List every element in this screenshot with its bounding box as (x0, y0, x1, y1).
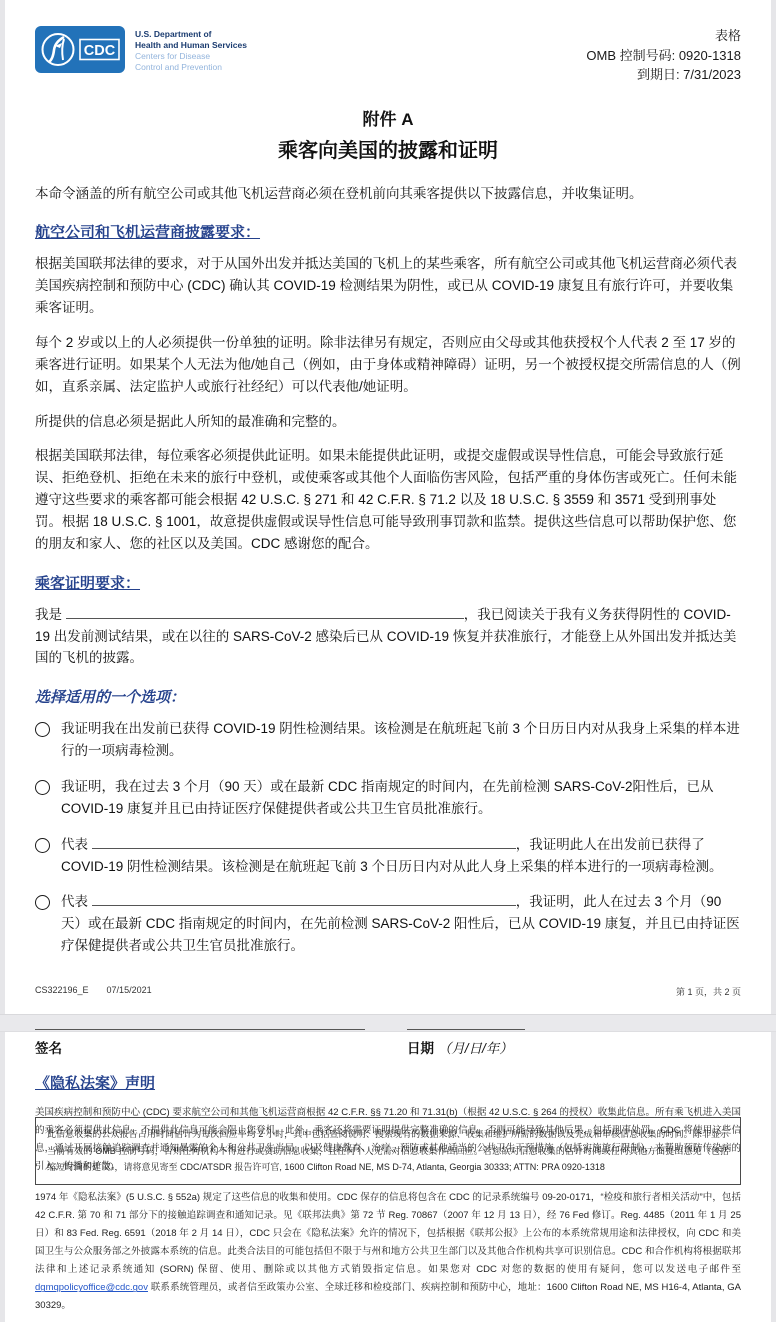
date-blank-line[interactable] (407, 1015, 525, 1030)
privacy-paragraph-2: 1974 年《隐私法案》(5 U.S.C. § 552a) 规定了这些信息的收集… (35, 1189, 741, 1315)
option-3-pre: 代表 (61, 837, 88, 852)
option-3-text: 代表 ，我证明此人在出发前已获得了 COVID-19 阴性检测结果。该检测是在航… (61, 834, 741, 878)
cdc-line-2: Control and Prevention (135, 62, 247, 73)
document-title: 乘客向美国的披露和证明 (35, 134, 741, 163)
document-id: CS322196_E (35, 985, 89, 995)
omb-control-number: OMB 控制号码: 0920-1318 (586, 46, 741, 66)
page-1-footer: CS322196_E07/15/2021 第 1 页，共 2 页 (35, 985, 741, 998)
option-row-3: 代表 ，我证明此人在出发前已获得了 COVID-19 阴性检测结果。该检测是在航… (35, 834, 741, 878)
policy-office-email-link[interactable]: dgmqpolicyoffice@cdc.gov (35, 1282, 148, 1293)
date-label: 日期 （月/日/年） (407, 1037, 525, 1057)
page-number: 第 1 页，共 2 页 (676, 985, 741, 998)
privacy-act-heading: 《隐私法案》声明 (35, 1072, 741, 1093)
airline-paragraph-1: 根据美国联邦法律的要求，对于从国外出发并抵达美国的飞机上的某些乘客，所有航空公司… (35, 253, 741, 319)
airline-paragraph-3: 所提供的信息必须是据此人所知的最准确和完整的。 (35, 411, 741, 433)
attachment-title: 附件 A (35, 105, 741, 130)
svg-text:CDC: CDC (84, 43, 116, 59)
airline-paragraph-2: 每个 2 岁或以上的人必须提供一份单独的证明。除非法律另有规定，否则应由父母或其… (35, 332, 741, 398)
date-field: 日期 （月/日/年） (407, 1015, 525, 1057)
document-date: 07/15/2021 (107, 985, 152, 995)
radio-option-4[interactable] (35, 895, 50, 910)
radio-option-3[interactable] (35, 838, 50, 853)
intro-paragraph: 本命令涵盖的所有航空公司或其他飞机运营商必须在登机前向其乘客提供以下披露信息，并… (35, 183, 741, 205)
option-row-4: 代表 ，我证明，此人在过去 3 个月（90 天）或在最新 CDC 指南规定的时间… (35, 891, 741, 957)
document-viewer: CDC U.S. Department of Health and Human … (0, 0, 776, 1322)
document-id-and-date: CS322196_E07/15/2021 (35, 985, 152, 998)
date-label-text: 日期 (407, 1041, 434, 1056)
attestation-pre-text: 我是 (35, 607, 62, 622)
attestation-sentence: 我是 ，我已阅读关于我有义务获得阴性的 COVID-19 出发前测试结果，或在以… (35, 604, 741, 670)
cdc-logo-icon: CDC (35, 26, 125, 73)
signature-section: 签名 日期 （月/日/年） (35, 1015, 741, 1057)
signature-label: 签名 (35, 1037, 365, 1057)
section-heading-choose-option: 选择适用的一个选项： (35, 686, 741, 707)
form-metadata: 表格 OMB 控制号码: 0920-1318 到期日: 7/31/2023 (586, 26, 741, 85)
signature-blank-line[interactable] (35, 1015, 365, 1030)
cdc-line-1: Centers for Disease (135, 51, 247, 62)
option-4-text: 代表 ，我证明，此人在过去 3 个月（90 天）或在最新 CDC 指南规定的时间… (61, 891, 741, 957)
option-1-text: 我证明我在出发前已获得 COVID-19 阴性检测结果。该检测是在航班起飞前 3… (61, 718, 741, 762)
option-row-1: 我证明我在出发前已获得 COVID-19 阴性检测结果。该检测是在航班起飞前 3… (35, 718, 741, 762)
radio-option-2[interactable] (35, 780, 50, 795)
pra-burden-statement-box: 此信息收集的公众报告占用时间估计为每次回应平均 2 小时，其中包括查阅说明、搜索… (35, 1117, 741, 1185)
radio-option-1[interactable] (35, 722, 50, 737)
form-label: 表格 (586, 26, 741, 46)
option-4-pre: 代表 (61, 894, 88, 909)
expiration-date: 到期日: 7/31/2023 (586, 65, 741, 85)
dept-line-2: Health and Human Services (135, 40, 247, 51)
privacy-paragraph-2-pre: 1974 年《隐私法案》(5 U.S.C. § 552a) 规定了这些信息的收集… (35, 1192, 741, 1275)
cdc-hhs-logo: CDC U.S. Department of Health and Human … (35, 26, 247, 73)
option-2-text: 我证明，我在过去 3 个月（90 天）或在最新 CDC 指南规定的时间内，在先前… (61, 776, 741, 820)
option-3-name-blank[interactable] (92, 835, 516, 849)
date-format-hint: （月/日/年） (438, 1041, 513, 1056)
page-1: CDC U.S. Department of Health and Human … (5, 0, 771, 1014)
page-header: CDC U.S. Department of Health and Human … (35, 26, 741, 85)
signature-field: 签名 (35, 1015, 365, 1057)
department-name: U.S. Department of Health and Human Serv… (135, 26, 247, 73)
option-row-2: 我证明，我在过去 3 个月（90 天）或在最新 CDC 指南规定的时间内，在先前… (35, 776, 741, 820)
dept-line-1: U.S. Department of (135, 29, 247, 40)
option-4-name-blank[interactable] (92, 892, 516, 906)
section-heading-airline-disclosure: 航空公司和飞机运营商披露要求： (35, 221, 741, 242)
name-blank-line[interactable] (66, 605, 464, 619)
airline-paragraph-4: 根据美国联邦法律，每位乘客必须提供此证明。如果未能提供此证明，或提交虚假或误导性… (35, 445, 741, 554)
section-heading-passenger-attestation: 乘客证明要求： (35, 572, 741, 593)
